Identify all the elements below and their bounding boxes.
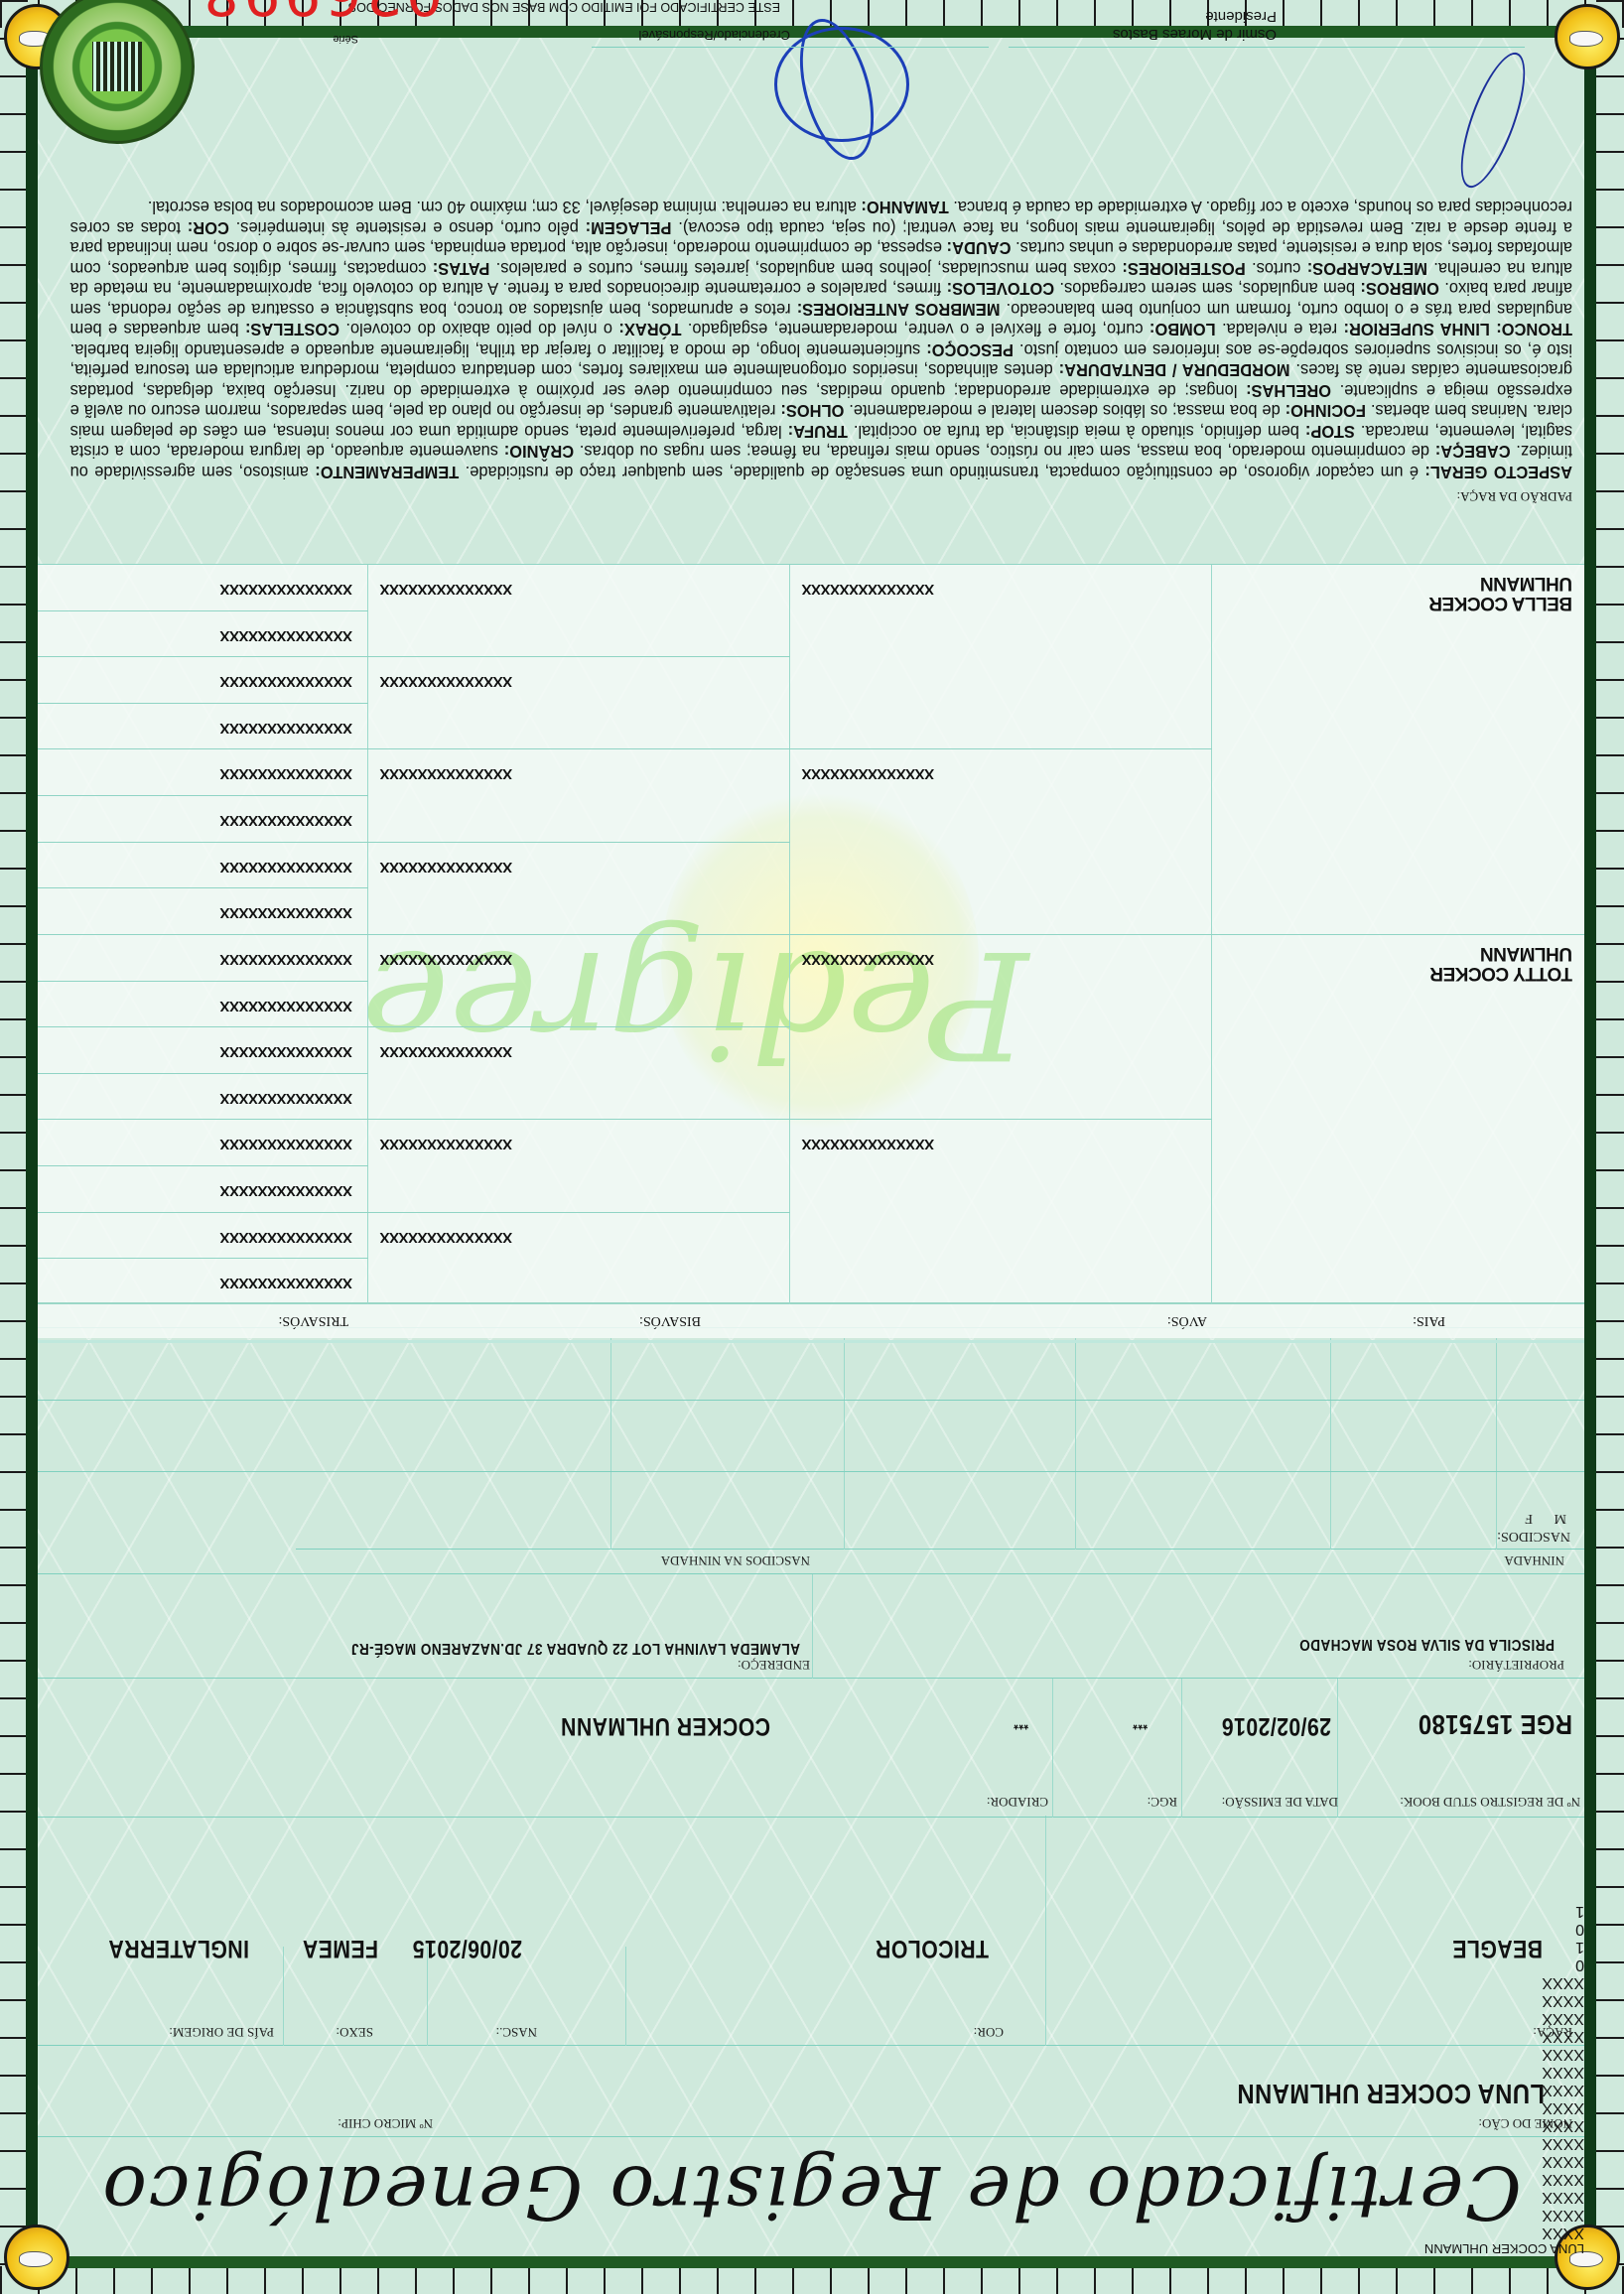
great-grandparent-name: XXXXXXXXXXXXXX [380, 859, 512, 876]
great-great-grandparent-name: XXXXXXXXXXXXXX [220, 1229, 352, 1246]
pedigree-cell: XXXXXXXXXXXXXX [368, 564, 790, 656]
great-great-grandparent-name: XXXXXXXXXXXXXX [220, 1137, 352, 1153]
great-grandparent-name: XXXXXXXXXXXXXX [380, 673, 512, 690]
female-label: F [1525, 1510, 1533, 1526]
standard-heading: TEMPERAMENTO: [315, 463, 459, 482]
great-great-grandparent-name: XXXXXXXXXXXXXX [220, 627, 352, 644]
certificate-content: Certificado de Registro Genealógico NOME… [38, 38, 1584, 2256]
divider [1045, 1816, 1046, 2046]
divider [38, 1678, 1584, 1679]
divider [610, 1338, 611, 1550]
standard-heading: CAUDA: [947, 239, 1012, 259]
pedigree-cell: XXXXXXXXXXXXXX [790, 1120, 1212, 1305]
birth-label: NASC.: [495, 2024, 537, 2040]
litter-cell: XXXX [38, 2116, 1584, 2134]
standard-heading: MORDEDURA / DENTADURA: [1059, 361, 1290, 381]
standard-heading: CABEÇA: [1435, 443, 1511, 463]
pedigree-cell: XXXXXXXXXXXXXX [368, 749, 790, 842]
great-grandparent-name: XXXXXXXXXXXXXX [380, 766, 512, 783]
pedigree-column-parent: TOTTY COCKER UHLMANNBELLA COCKER UHLMANN [1211, 564, 1584, 1304]
divider [1330, 1338, 1331, 1550]
certificate-title: Certificado de Registro Genealógico [38, 2149, 1584, 2234]
pedigree-column-grandparent: XXXXXXXXXXXXXXXXXXXXXXXXXXXXXXXXXXXXXXXX… [789, 564, 1212, 1304]
pedigree-cell: XXXXXXXXXXXXXX [790, 934, 1212, 1120]
pedigree-cell: TOTTY COCKER UHLMANN [1212, 934, 1584, 1304]
pedigree-cell: XXXXXXXXXXXXXX [368, 1120, 790, 1212]
sex-value: FEMEA [303, 1934, 379, 1962]
great-grandparent-name: XXXXXXXXXXXXXX [380, 951, 512, 968]
address-label: ENDEREÇO: [738, 1657, 810, 1673]
pedigree-cell: XXXXXXXXXXXXXX [790, 564, 1212, 749]
standard-heading: FOCINHO: [1286, 402, 1366, 422]
pedigree-cell: XXXXXXXXXXXXXX [38, 1073, 368, 1120]
rgc-value: *** [1133, 1717, 1148, 1733]
divider [1075, 1338, 1076, 1550]
signature-line [592, 47, 989, 48]
standard-text: de boa massa; os lábios descem lateral e… [844, 402, 1285, 422]
grandparent-name: XXXXXXXXXXXXXX [802, 1137, 934, 1153]
standard-heading: STOP: [1305, 422, 1355, 442]
standard-heading: POSTERIORES: [1122, 259, 1245, 279]
divider [38, 1573, 1584, 1574]
great-great-grandparent-name: XXXXXXXXXXXXXX [220, 812, 352, 829]
standard-text: curto, forte e flexível e o ventre, mode… [681, 321, 1149, 340]
divider [844, 1338, 845, 1550]
pedigree-header: PAIS:AVÓS:BISAVÓS:TRISAVÓS: [38, 1302, 1584, 1338]
standard-heading: PESCOÇO: [926, 340, 1014, 360]
pedigree-cell: XXXXXXXXXXXXXX [38, 656, 368, 703]
pedigree-cell: XXXXXXXXXXXXXX [368, 656, 790, 748]
divider [1052, 1679, 1053, 1818]
sex-label: SEXO: [336, 2024, 373, 2040]
standard-text: coxas bem musculadas, joelhos bem angula… [489, 259, 1122, 279]
breed-standard-label: PADRÃO DA RAÇA: [1456, 488, 1572, 504]
grandparent-name: XXXXXXXXXXXXXX [802, 766, 934, 783]
male-count: 0 [38, 1920, 1584, 1938]
divider [38, 1817, 1584, 1818]
owner-label: PROPRIETÁRIO: [1468, 1657, 1564, 1673]
standard-text: de comprimento moderado, boa massa, sem … [574, 443, 1435, 463]
pedigree-cell: XXXXXXXXXXXXXX [38, 564, 368, 610]
breed-value: BEAGLE [1452, 1934, 1543, 1962]
pedigree-header-3: BISAVÓS: [639, 1312, 701, 1328]
great-great-grandparent-name: XXXXXXXXXXXXXX [220, 859, 352, 876]
standard-heading: TÓRAX: [618, 321, 681, 340]
great-grandparent-name: XXXXXXXXXXXXXX [380, 1229, 512, 1246]
standard-heading: LOMBO: [1150, 321, 1216, 340]
standard-heading: ORELHAS: [1246, 381, 1331, 401]
standard-text: reta e nivelada. [1216, 321, 1344, 340]
female-count: 1 [38, 1938, 1584, 1956]
microchip-label: Nº MICRO CHIP: [338, 2115, 433, 2131]
pedigree-cell: XXXXXXXXXXXXXX [38, 842, 368, 888]
pedigree-header-1: PAIS: [1413, 1312, 1445, 1328]
origin-value: INGLATERRA [108, 1934, 249, 1962]
standard-heading: ASPECTO GERAL: [1424, 463, 1572, 482]
parent-name: BELLA COCKER UHLMANN [1404, 573, 1572, 612]
studbook-value: RGE 1575180 [1418, 1708, 1572, 1740]
certificate-page: Certificado de Registro Genealógico NOME… [0, 0, 1624, 2294]
grandparent-name: XXXXXXXXXXXXXX [802, 951, 934, 968]
president-signature [1448, 46, 1539, 195]
pedigree-cell: XXXXXXXXXXXXXX [38, 981, 368, 1027]
great-great-grandparent-name: XXXXXXXXXXXXXX [220, 904, 352, 921]
president-title: Presidente [1205, 8, 1277, 25]
serie-label: Série [333, 33, 358, 45]
pedigree-cell: BELLA COCKER UHLMANN [1212, 564, 1584, 934]
pedigree-cell: XXXXXXXXXXXXXX [368, 1212, 790, 1304]
dog-name-label: NOME DO CÃO: [1478, 2115, 1572, 2131]
standard-heading: OLHOS: [780, 402, 844, 422]
signature-line [1009, 47, 1525, 48]
great-great-grandparent-name: XXXXXXXXXXXXXX [220, 766, 352, 783]
pedigree-cell: XXXXXXXXXXXXXX [38, 1165, 368, 1212]
divider [283, 1947, 284, 2046]
pedigree-cell: XXXXXXXXXXXXXX [38, 934, 368, 981]
pedigree-cell: XXXXXXXXXXXXXX [38, 887, 368, 934]
great-great-grandparent-name: XXXXXXXXXXXXXX [220, 720, 352, 737]
standard-heading: TRUFA: [788, 422, 848, 442]
dog-name: LUNA COCKER UHLMANN [1237, 2078, 1545, 2109]
great-great-grandparent-name: XXXXXXXXXXXXXX [220, 998, 352, 1014]
great-great-grandparent-name: XXXXXXXXXXXXXX [220, 1090, 352, 1107]
pedigree-cell: XXXXXXXXXXXXXX [368, 934, 790, 1026]
studbook-label: Nº DE REGISTRO STUD BOOK: [1400, 1794, 1580, 1810]
great-great-grandparent-name: XXXXXXXXXXXXXX [220, 581, 352, 598]
male-label: M [1555, 1510, 1566, 1526]
divider [38, 1471, 1584, 1472]
divider [38, 2045, 1584, 2046]
divider [1181, 1679, 1182, 1818]
great-great-grandparent-name: XXXXXXXXXXXXXX [220, 1182, 352, 1199]
sobraci-seal [40, 0, 195, 144]
pedigree-cell: XXXXXXXXXXXXXX [38, 1212, 368, 1259]
litter-puppy-name: LUNA COCKER UHLMANN [38, 2241, 1584, 2256]
pedigree-header-4: TRISAVÓS: [278, 1312, 348, 1328]
standard-heading: MEMBROS ANTERIORES: [797, 300, 1001, 320]
pedigree-cell: XXXXXXXXXXXXXX [38, 610, 368, 657]
pedigree-cell: XXXXXXXXXXXXXX [368, 842, 790, 934]
fold-line [38, 1340, 1584, 1343]
pedigree-cell: XXXXXXXXXXXXXX [38, 1026, 368, 1073]
breed-label: RAÇA: [1533, 2024, 1572, 2040]
parent-name: TOTTY COCKER UHLMANN [1404, 943, 1572, 983]
standard-text [1490, 321, 1496, 340]
accredited-label: Credenciado/Responsável [639, 28, 790, 43]
great-grandparent-name: XXXXXXXXXXXXXX [380, 1137, 512, 1153]
birth-value: 20/06/2015 [412, 1934, 522, 1962]
divider [1496, 1338, 1497, 1550]
standard-text: bem definido, situado à meia distância, … [848, 422, 1305, 442]
standard-heading: PATAS: [433, 259, 490, 279]
pedigree-header-2: AVÓS: [1167, 1312, 1207, 1328]
divider [38, 1400, 1584, 1401]
pedigree-cell: XXXXXXXXXXXXXX [38, 1258, 368, 1304]
president-name: Osmir de Moraes Bastos [1113, 26, 1277, 43]
litter-cell: XXXX [38, 1991, 1584, 2009]
great-grandparent-name: XXXXXXXXXXXXXX [380, 1043, 512, 1060]
issue-date-value: 29/02/2016 [1221, 1711, 1331, 1740]
great-grandparent-name: XXXXXXXXXXXXXX [380, 581, 512, 598]
breeder-name: COCKER UHLMANN [561, 1711, 770, 1740]
divider [427, 1947, 428, 2046]
litter-cell: XXXX [38, 2045, 1584, 2063]
born-label: NASCIDOS: [1497, 1528, 1570, 1544]
divider [625, 1947, 626, 2046]
pedigree-column-great-great-grandparent: XXXXXXXXXXXXXXXXXXXXXXXXXXXXXXXXXXXXXXXX… [38, 564, 368, 1304]
origin-label: PAÍS DE ORIGEM: [169, 2024, 274, 2040]
pedigree-cell: XXXXXXXXXXXXXX [790, 749, 1212, 935]
color-label: COR: [974, 2024, 1004, 2040]
standard-heading: METACARPOS: [1307, 259, 1427, 279]
standard-heading: TRONCO: [1496, 321, 1572, 340]
qr-code-icon[interactable] [92, 42, 142, 91]
standard-text: é um caçador vigoroso, de constituição c… [459, 463, 1424, 482]
litter-label: NINHADA [1504, 1552, 1564, 1568]
breeder-label: CRIADOR: [987, 1794, 1048, 1810]
standard-heading: COTOVELOS: [947, 280, 1054, 300]
pedigree-cell: XXXXXXXXXXXXXX [38, 749, 368, 796]
address-value: ALAMEDA LAVINHA LOT 22 QUADRA 37 JD.NAZA… [350, 1639, 800, 1657]
pedigree-cell: XXXXXXXXXXXXXX [368, 1026, 790, 1119]
breeder-code: *** [1014, 1717, 1028, 1733]
great-great-grandparent-name: XXXXXXXXXXXXXX [220, 1043, 352, 1060]
great-great-grandparent-name: XXXXXXXXXXXXXX [220, 951, 352, 968]
standard-heading: OMBROS: [1360, 280, 1439, 300]
born-in-litter-label: NASCIDOS NA NINHADA [661, 1552, 810, 1568]
pedigree-cell: XXXXXXXXXXXXXX [38, 1120, 368, 1166]
standard-text: o nível do peito abaixo do cotovelo. [339, 321, 618, 340]
standard-heading: COSTELAS: [245, 321, 339, 340]
standard-text: suficientemente longo, de modo a facilit… [70, 340, 927, 360]
standard-text: bem angulados, sem serem carregados. [1054, 280, 1360, 300]
female-count: 1 [38, 1902, 1584, 1920]
pedigree-table: PedigreePAIS:AVÓS:BISAVÓS:TRISAVÓS:TOTTY… [38, 564, 1584, 1338]
standard-heading: CRÂNIO: [504, 443, 574, 463]
litter-cell: XXXX [38, 1973, 1584, 1991]
breed-standard-text: ASPECTO GERAL: é um caçador vigoroso, de… [70, 198, 1572, 482]
owner-name: PRISCILA DA SILVA ROSA MACHADO [1299, 1635, 1555, 1653]
standard-heading: LINHA SUPERIOR: [1343, 321, 1489, 340]
great-great-grandparent-name: XXXXXXXXXXXXXX [220, 1275, 352, 1291]
serial-number: 026998 [200, 0, 443, 28]
pedigree-cell: XXXXXXXXXXXXXX [38, 703, 368, 749]
grandparent-name: XXXXXXXXXXXXXX [802, 581, 934, 598]
pedigree-cell: XXXXXXXXXXXXXX [38, 795, 368, 842]
standard-text: curtos. [1246, 259, 1307, 279]
male-count: 0 [38, 1956, 1584, 1973]
color-value: TRICOLOR [876, 1934, 989, 1962]
certificate-footer: Osmir de Moraes Bastos Presidente Creden… [38, 33, 1584, 231]
divider [38, 2136, 1584, 2137]
pedigree-column-great-grandparent: XXXXXXXXXXXXXXXXXXXXXXXXXXXXXXXXXXXXXXXX… [367, 564, 790, 1304]
rgc-label: RGC: [1148, 1794, 1177, 1810]
divider [812, 1574, 813, 1679]
divider [296, 1549, 1584, 1550]
great-great-grandparent-name: XXXXXXXXXXXXXX [220, 673, 352, 690]
issue-date-label: DATA DE EMISSÃO: [1222, 1794, 1338, 1810]
